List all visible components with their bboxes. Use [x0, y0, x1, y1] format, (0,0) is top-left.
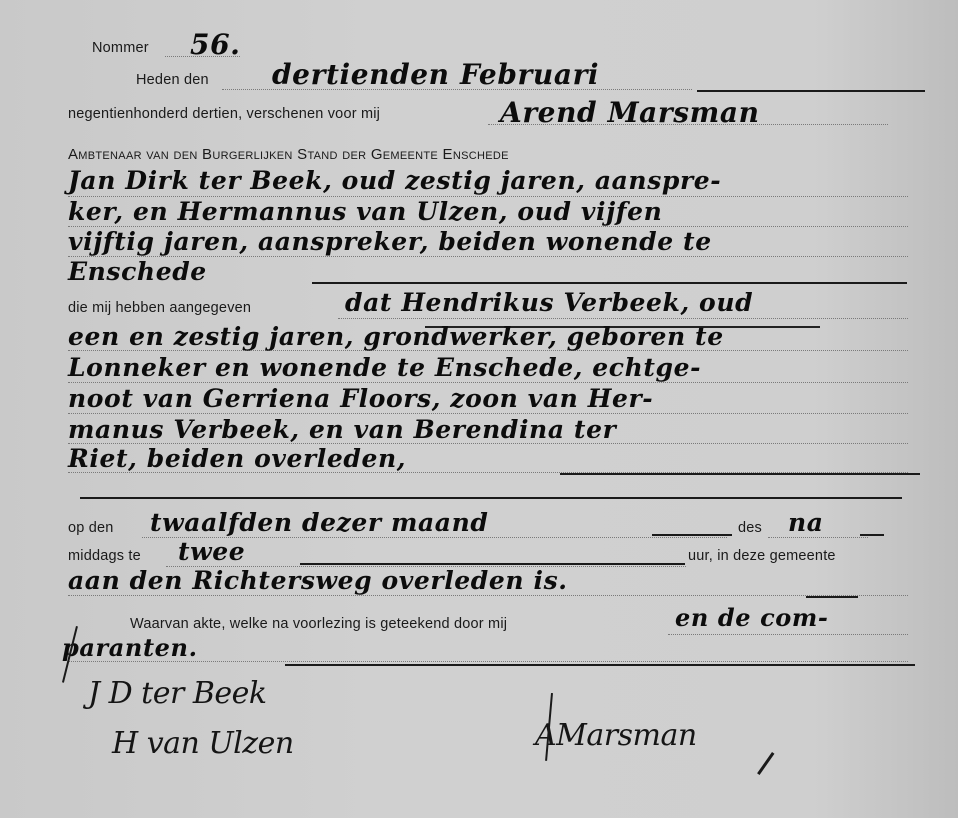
year-label: negentienhonderd dertien, verschenen voo… — [68, 106, 380, 122]
record-number: 56. — [190, 28, 241, 61]
declaration-line-2: Lonneker en wonende te Enschede, echtge- — [68, 353, 701, 382]
signature-mark — [757, 752, 774, 775]
witness-line-1: Jan Dirk ter Beek, oud zestig jaren, aan… — [68, 166, 721, 195]
time-period-entry: na — [788, 508, 824, 537]
place-entry: aan den Richtersweg overleden is. — [68, 566, 568, 595]
official-title-label: Ambtenaar van den Burgerlijken Stand der… — [68, 146, 509, 163]
declaration-line-5: Riet, beiden overleden, — [68, 444, 406, 473]
declared-label: die mij hebben aangegeven — [68, 300, 251, 316]
date-rule — [697, 90, 925, 92]
heden-label: Heden den — [136, 72, 209, 88]
dotted-line — [338, 318, 908, 319]
op-den-label: op den — [68, 520, 114, 536]
dotted-line — [68, 413, 908, 414]
waarvan-label: Waarvan akte, welke na voorlezing is get… — [130, 616, 507, 632]
death-day-rule — [652, 534, 732, 536]
time-period-rule — [860, 534, 884, 536]
official-name-entry: Arend Marsman — [500, 96, 760, 129]
hour-rule — [300, 563, 685, 565]
declaration-line-1: een en zestig jaren, grondwerker, gebore… — [68, 322, 724, 351]
uur-label: uur, in deze gemeente — [688, 548, 836, 564]
witness-line-4: Enschede — [68, 257, 207, 286]
hour-entry: twee — [178, 537, 245, 566]
declaration-line-4: manus Verbeek, en van Berendina ter — [68, 415, 616, 444]
dotted-line — [768, 537, 868, 538]
dotted-line — [68, 382, 908, 383]
declaration-rule — [560, 473, 920, 475]
declaration-first-line: dat Hendrikus Verbeek, oud — [345, 288, 753, 317]
witness-2-signature: H van Ulzen — [112, 726, 294, 761]
dotted-line — [668, 634, 908, 635]
signed-by-rule — [285, 664, 915, 666]
death-day-entry: twaalfden dezer maand — [150, 508, 488, 537]
place-rule — [806, 596, 858, 598]
des-label: des — [738, 520, 762, 536]
official-signature: AMarsman — [535, 718, 697, 753]
witness-line-3: vijftig jaren, aanspreker, beiden wonend… — [68, 227, 712, 256]
separator-rule — [80, 497, 902, 499]
middags-label: middags te — [68, 548, 141, 564]
witness-1-signature: J D ter Beek — [88, 676, 267, 711]
death-certificate-page: Nommer 56. Heden den dertienden Februari… — [0, 0, 958, 818]
signed-by-entry-1: en de com- — [675, 603, 828, 632]
declaration-line-3: noot van Gerriena Floors, zoon van Her- — [68, 384, 653, 413]
witness-line-2: ker, en Hermannus van Ulzen, oud vijfen — [68, 197, 662, 226]
day-month-entry: dertienden Februari — [272, 58, 599, 91]
witness-rule — [312, 282, 907, 284]
nommer-label: Nommer — [92, 40, 149, 56]
signed-by-entry-2: paranten. — [62, 633, 198, 662]
dotted-line — [68, 595, 908, 596]
